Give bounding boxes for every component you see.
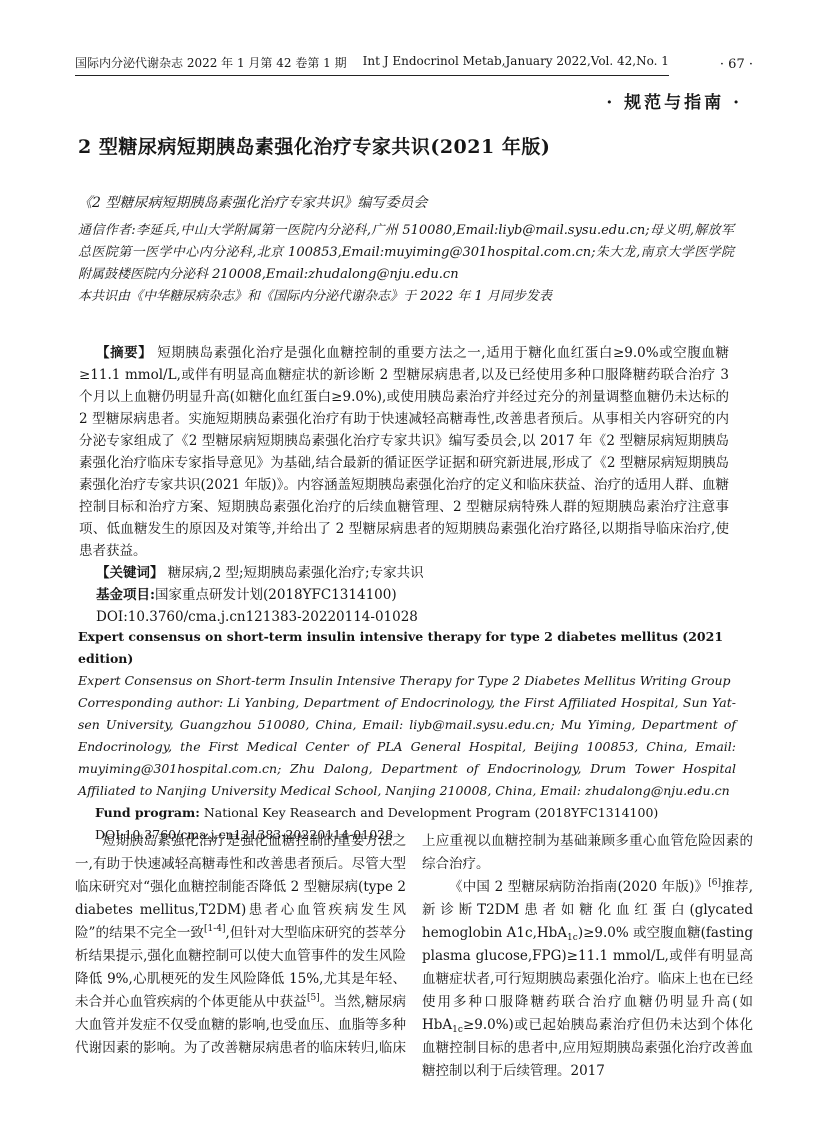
guideline-paragraph: 《中国 2 型糖尿病防治指南(2020 年版)》[6]推荐,新诊断T2DM患者如… [422,876,753,1083]
doi-line: DOI:10.3760/cma.j.cn121383-20220114-0102… [79,606,729,628]
english-fund-line: Fund program: National Key Reasearch and… [78,802,736,824]
abstract-paragraph: 【摘要】 短期胰岛素强化治疗是强化血糖控制的重要方法之一,适用于糖化血红蛋白≥9… [79,342,729,562]
journal-citation-line: 国际内分泌代谢杂志 2022 年 1 月第 42 卷第 1 期 Int J En… [75,54,669,76]
journal-page: 国际内分泌代谢杂志 2022 年 1 月第 42 卷第 1 期 Int J En… [0,0,826,1122]
column-section-label: · 规范与指南 · [606,88,742,113]
keywords-text: 糖尿病,2 型;短期胰岛素强化治疗;专家共识 [168,565,424,581]
hba1c-subscript: 1c [567,933,578,943]
keywords-line: 【关键词】 糖尿病,2 型;短期胰岛素强化治疗;专家共识 [79,562,729,584]
english-writing-group: Expert Consensus on Short-term Insulin I… [78,670,736,692]
citation-marker-6: [6] [708,878,721,888]
english-block: Expert consensus on short-term insulin i… [78,626,736,846]
fund-line: 基金项目:国家重点研发计划(2018YFC1314100) [79,584,729,606]
journal-title-en: Int J Endocrinol Metab,January 2022,Vol.… [363,54,669,71]
keywords-label: 【关键词】 [96,565,164,581]
page-number: · 67 · [720,57,753,76]
page-header: 国际内分泌代谢杂志 2022 年 1 月第 42 卷第 1 期 Int J En… [75,54,753,76]
co-publication-note: 本共识由《中华糖尿病杂志》和《国际内分泌代谢杂志》于 2022 年 1 月同步发… [78,286,734,308]
english-fund-label: Fund program: [95,805,200,820]
body-columns: 短期胰岛素强化治疗是强化血糖控制的重要方法之一,有助于快速减轻高糖毒性和改善患者… [75,830,753,1092]
abstract-text: 短期胰岛素强化治疗是强化血糖控制的重要方法之一,适用于糖化血红蛋白≥9.0%或空… [79,345,729,559]
fund-text: 国家重点研发计划(2018YFC1314100) [155,587,397,603]
abstract-block: 【摘要】 短期胰岛素强化治疗是强化血糖控制的重要方法之一,适用于糖化血红蛋白≥9… [79,342,729,628]
hba1c-subscript: 1c [452,1025,463,1035]
english-title: Expert consensus on short-term insulin i… [78,626,736,670]
correspondence-text: 通信作者:李延兵,中山大学附属第一医院内分泌科,广州 510080,Email:… [78,220,734,286]
citation-marker-5: [5] [307,993,320,1003]
guideline-text-1: 《中国 2 型糖尿病防治指南(2020 年版)》 [449,879,708,895]
abstract-label: 【摘要】 [96,345,152,361]
guideline-text-4: ≥9.0%)或已起始胰岛素治疗但仍未达到个体化血糖控制目标的患者中,应用短期胰岛… [422,1017,753,1079]
english-correspondence: Corresponding author: Li Yanbing, Depart… [78,692,736,802]
article-title: 2 型糖尿病短期胰岛素强化治疗专家共识(2021 年版) [78,132,550,159]
correspondence-block: 通信作者:李延兵,中山大学附属第一医院内分泌科,广州 510080,Email:… [78,220,734,308]
fund-label: 基金项目: [96,587,155,603]
english-fund-text: National Key Reasearch and Development P… [204,805,658,820]
writing-group: 《2 型糖尿病短期胰岛素强化治疗专家共识》编写委员会 [78,192,427,212]
journal-title-cn: 国际内分泌代谢杂志 2022 年 1 月第 42 卷第 1 期 [75,54,347,71]
citation-marker-1-4: [1-4] [204,924,226,934]
